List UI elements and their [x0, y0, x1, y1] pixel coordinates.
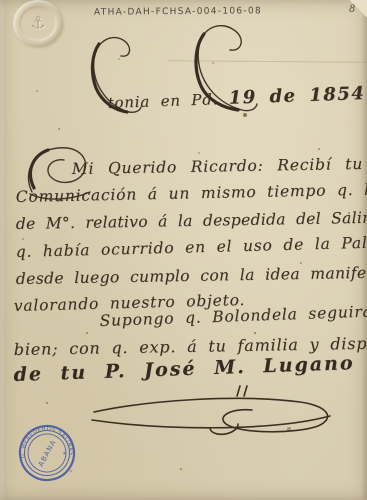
- letter-body-line: Mi Querido Ricardo: Recibí tu: [72, 155, 364, 178]
- dateline-place: tonia en Pd.: [107, 90, 218, 112]
- foxing-speckles: [0, 0, 2, 2]
- stamp-star-mark: *: [62, 450, 68, 459]
- rubber-stamp: A. G. HEREDEROS SALINAS ABANA *: [11, 417, 84, 490]
- letter-body-line: de M°. relativo á la despedida del Salin…: [16, 208, 367, 233]
- stamp-center-text: ABANA: [37, 438, 58, 468]
- letter-body-line: q. había ocurrido en el uso de la Pala y: [16, 233, 367, 261]
- signature-rubric: [90, 382, 345, 437]
- scanned-letter-page: ⚓ ATHA-DAH-FCHSA-004-106-08 8 tonia en P…: [0, 0, 367, 500]
- anchor-icon: ⚓: [30, 13, 45, 33]
- letter-body-line: desde luego cumplo con la idea manifesta…: [16, 263, 367, 288]
- dateline-date: 19 de 1854: [228, 83, 365, 109]
- embossed-anchor-seal: ⚓: [13, 0, 63, 47]
- folio-number: 8: [349, 4, 355, 15]
